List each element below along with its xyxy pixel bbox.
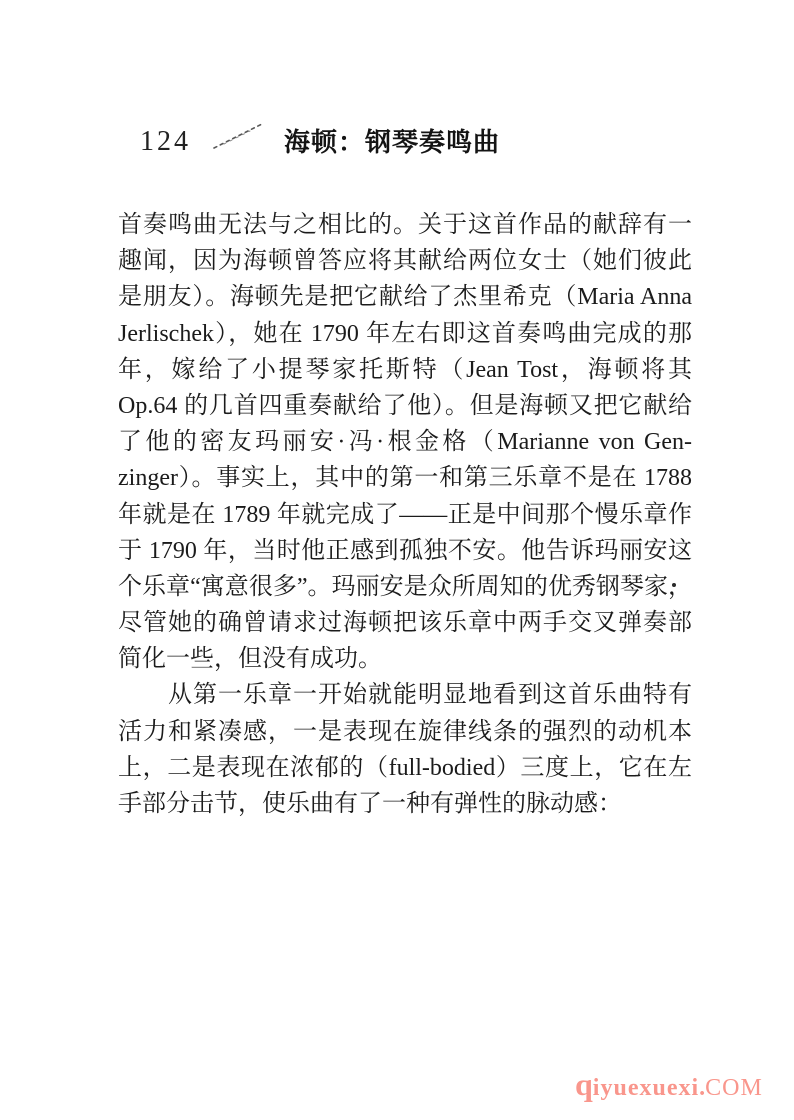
watermark-q: q xyxy=(575,1068,593,1100)
text-line: Jerlischek），她在 1790 年左右即这首奏鸣曲完成的那一 xyxy=(118,316,692,352)
text-line: 尽管她的确曾请求过海顿把该乐章中两手交叉弹奏部分 xyxy=(118,605,692,641)
text-line: 于 1790 年，当时他正感到孤独不安。他告诉玛丽安这 xyxy=(118,533,692,569)
text-line: 是朋友）。海顿先是把它献给了杰里希克（Maria Anna xyxy=(118,279,692,315)
running-head: 124 海顿：钢琴奏鸣曲 xyxy=(0,112,794,160)
text-line: 个乐章“寓意很多”。玛丽安是众所周知的优秀钢琴家， xyxy=(118,569,692,605)
text-line: 年就是在 1789 年就完成了——正是中间那个慢乐章作 xyxy=(118,497,692,533)
text-line: 简化一些，但没有成功。 xyxy=(118,641,692,677)
page-number: 124 xyxy=(140,126,191,158)
text-line: 上，二是表现在浓郁的（full-bodied）三度上，它在左 xyxy=(118,750,692,786)
pen-scribble-icon xyxy=(210,114,272,156)
text-line: 趣闻，因为海顿曾答应将其献给两位女士（她们彼此也 xyxy=(118,243,692,279)
text-line: 手部分击节，使乐曲有了一种有弹性的脉动感： xyxy=(118,786,692,822)
scan-speck xyxy=(672,583,676,587)
running-head-title: 海顿：钢琴奏鸣曲 xyxy=(284,122,500,159)
text-line: zinger）。事实上，其中的第一和第三乐章不是在 1788 xyxy=(118,460,692,496)
paragraph-1: 首奏鸣曲无法与之相比的。关于这首作品的献辞有一则 趣闻，因为海顿曾答应将其献给两… xyxy=(118,207,692,677)
text-line: 年，嫁给了小提琴家托斯特（Jean Tost，海顿将其 xyxy=(118,352,692,388)
watermark-com: COM xyxy=(705,1075,763,1102)
paragraph-2: 从第一乐章一开始就能明显地看到这首乐曲特有的 活力和紧凑感，一是表现在旋律线条的… xyxy=(118,677,692,822)
text-line: 从第一乐章一开始就能明显地看到这首乐曲特有的 xyxy=(118,677,692,713)
text-line: 首奏鸣曲无法与之相比的。关于这首作品的献辞有一则 xyxy=(118,207,692,243)
text-line: 了他的密友玛丽安·冯·根金格（Marianne von Gen- xyxy=(118,424,692,460)
site-watermark: q iyuexuexi . COM xyxy=(575,1068,763,1104)
body-text: 首奏鸣曲无法与之相比的。关于这首作品的献辞有一则 趣闻，因为海顿曾答应将其献给两… xyxy=(118,207,692,822)
text-line: 活力和紧凑感，一是表现在旋律线条的强烈的动机本质 xyxy=(118,714,692,750)
scanned-book-page: 124 海顿：钢琴奏鸣曲 首奏鸣曲无法与之相比的。关于这首作品的献辞有一则 趣闻… xyxy=(0,0,794,1120)
text-line: Op.64 的几首四重奏献给了他）。但是海顿又把它献给 xyxy=(118,388,692,424)
watermark-middle: iyuexuexi xyxy=(593,1075,699,1102)
